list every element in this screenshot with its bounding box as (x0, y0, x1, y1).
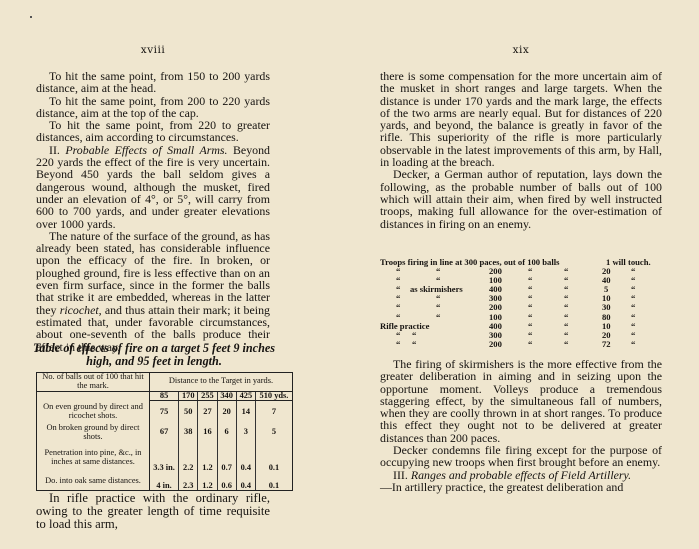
distance-cell: 510 yds. (255, 391, 292, 401)
value-cell: 1.2 (198, 473, 217, 491)
ditto: “ (528, 340, 532, 349)
value-cell: 5 (255, 423, 292, 443)
distance-cell: 170 (179, 391, 198, 401)
value-cell: 38 (179, 423, 198, 443)
fire-effects-table: No. of balls out of 100 that hit the mar… (36, 372, 293, 491)
value-cell: 2.3 (179, 473, 198, 491)
paragraph: there is some compensation for the more … (380, 70, 662, 168)
hits: 72 (602, 340, 611, 349)
value-cell: 0.6 (217, 473, 236, 491)
value-cell: 0.4 (236, 443, 255, 473)
decker-table-header: Troops firing in line at 300 paces, out … (380, 258, 662, 267)
ditto: “ (396, 340, 400, 349)
table-row: Do. into oak same distances. 4 in. 2.3 1… (37, 473, 293, 491)
value-cell: 67 (150, 423, 179, 443)
ditto: “ (631, 340, 635, 349)
distance-cell: 340 (217, 391, 236, 401)
distance-cell: 255 (198, 391, 217, 401)
value-cell: 14 (236, 401, 255, 423)
decker-row: “ “ 300 “ “ 10 “ (380, 294, 662, 303)
surface-paragraph: The nature of the surface of the ground,… (36, 230, 270, 353)
table-row: On even ground by direct and ricochet sh… (37, 401, 293, 423)
paragraph: In rifle practice with the ordinary rifl… (36, 492, 270, 531)
table-caption: Table of effects of fire on a target 5 f… (32, 342, 276, 368)
table-header-row: No. of balls out of 100 that hit the mar… (37, 373, 293, 392)
value-cell: 4 in. (150, 473, 179, 491)
value-cell: 75 (150, 401, 179, 423)
decker-row: “ “ 200 “ “ 72 “ (380, 340, 662, 349)
table-row: Penetration into pine, &c., in inches at… (37, 443, 293, 473)
row-label: On broken ground by direct shots. (37, 423, 150, 443)
value-cell: 0.4 (236, 473, 255, 491)
value-cell: 6 (217, 423, 236, 443)
value-cell: 27 (198, 401, 217, 423)
row-label: On even ground by direct and ricochet sh… (37, 401, 150, 423)
value-cell: 3 (236, 423, 255, 443)
distance-cell: 425 (236, 391, 255, 401)
distance-cell: 85 (150, 391, 179, 401)
paragraph: Decker condemns file firing except for t… (380, 444, 662, 469)
paragraph: To hit the same point, from 220 to great… (36, 119, 270, 144)
col-header-balls: No. of balls out of 100 that hit the mar… (37, 373, 150, 392)
right-page: xix there is some compensation for the m… (380, 0, 662, 549)
section-ii-paragraph: II. Probable Effects of Small Arms. Beyo… (36, 144, 270, 230)
section-text: Beyond 220 yards the effect of the fire … (36, 143, 270, 231)
paragraph: Decker, a German author of reputation, l… (380, 168, 662, 229)
paragraph: To hit the same point, from 200 to 220 y… (36, 95, 270, 120)
value-cell: 16 (198, 423, 217, 443)
formation-label: Rifle practice (380, 322, 429, 331)
value-cell: 7 (255, 401, 292, 423)
decker-hits-table: Troops firing in line at 300 paces, out … (380, 258, 662, 349)
empty-cell (37, 391, 150, 401)
distance-row: 85 170 255 340 425 510 yds. (37, 391, 293, 401)
decker-row: “ “ 200 “ “ 20 “ (380, 267, 662, 276)
value-cell: 20 (217, 401, 236, 423)
left-page: xviii To hit the same point, from 150 to… (36, 0, 270, 549)
ditto: “ (412, 340, 416, 349)
decker-row: “ “ 300 “ “ 20 “ (380, 331, 662, 340)
value-cell: 3.3 in. (150, 443, 179, 473)
paces: 200 (489, 340, 502, 349)
header-text: Troops firing in line at 300 paces, out … (380, 258, 559, 267)
value-cell: 0.7 (217, 443, 236, 473)
page-number: xviii (36, 44, 270, 56)
left-bottom-text: In rifle practice with the ordinary rifl… (36, 492, 270, 531)
header-tail: 1 will touch. (606, 258, 651, 267)
right-lower-text: The firing of skirmishers is the more ef… (380, 358, 662, 493)
decker-row: Rifle practice 400 “ “ 10 “ (380, 322, 662, 331)
row-label: Penetration into pine, &c., in inches at… (37, 443, 150, 473)
page-number: xix (380, 44, 662, 56)
value-cell: 0.1 (255, 443, 292, 473)
row-label: Do. into oak same distances. (37, 473, 150, 491)
section-text: —In artillery practice, the greatest del… (380, 481, 662, 493)
value-cell: 2.2 (179, 443, 198, 473)
value-cell: 0.1 (255, 473, 292, 491)
decker-row: “ as skirmishers 400 “ “ 5 “ (380, 285, 662, 294)
paragraph: The firing of skirmishers is the more ef… (380, 358, 662, 444)
value-cell: 1.2 (198, 443, 217, 473)
value-cell: 50 (179, 401, 198, 423)
paragraph: To hit the same point, from 150 to 200 y… (36, 70, 270, 95)
col-header-distance: Distance to the Target in yards. (150, 373, 293, 392)
right-body-text: there is some compensation for the more … (380, 70, 662, 230)
left-body-text: To hit the same point, from 150 to 200 y… (36, 70, 270, 353)
decker-row: “ “ 200 “ “ 30 “ (380, 303, 662, 312)
scan-speck (30, 16, 32, 18)
table-row: On broken ground by direct shots. 67 38 … (37, 423, 293, 443)
ditto: “ (436, 313, 440, 322)
ditto: “ (564, 340, 568, 349)
